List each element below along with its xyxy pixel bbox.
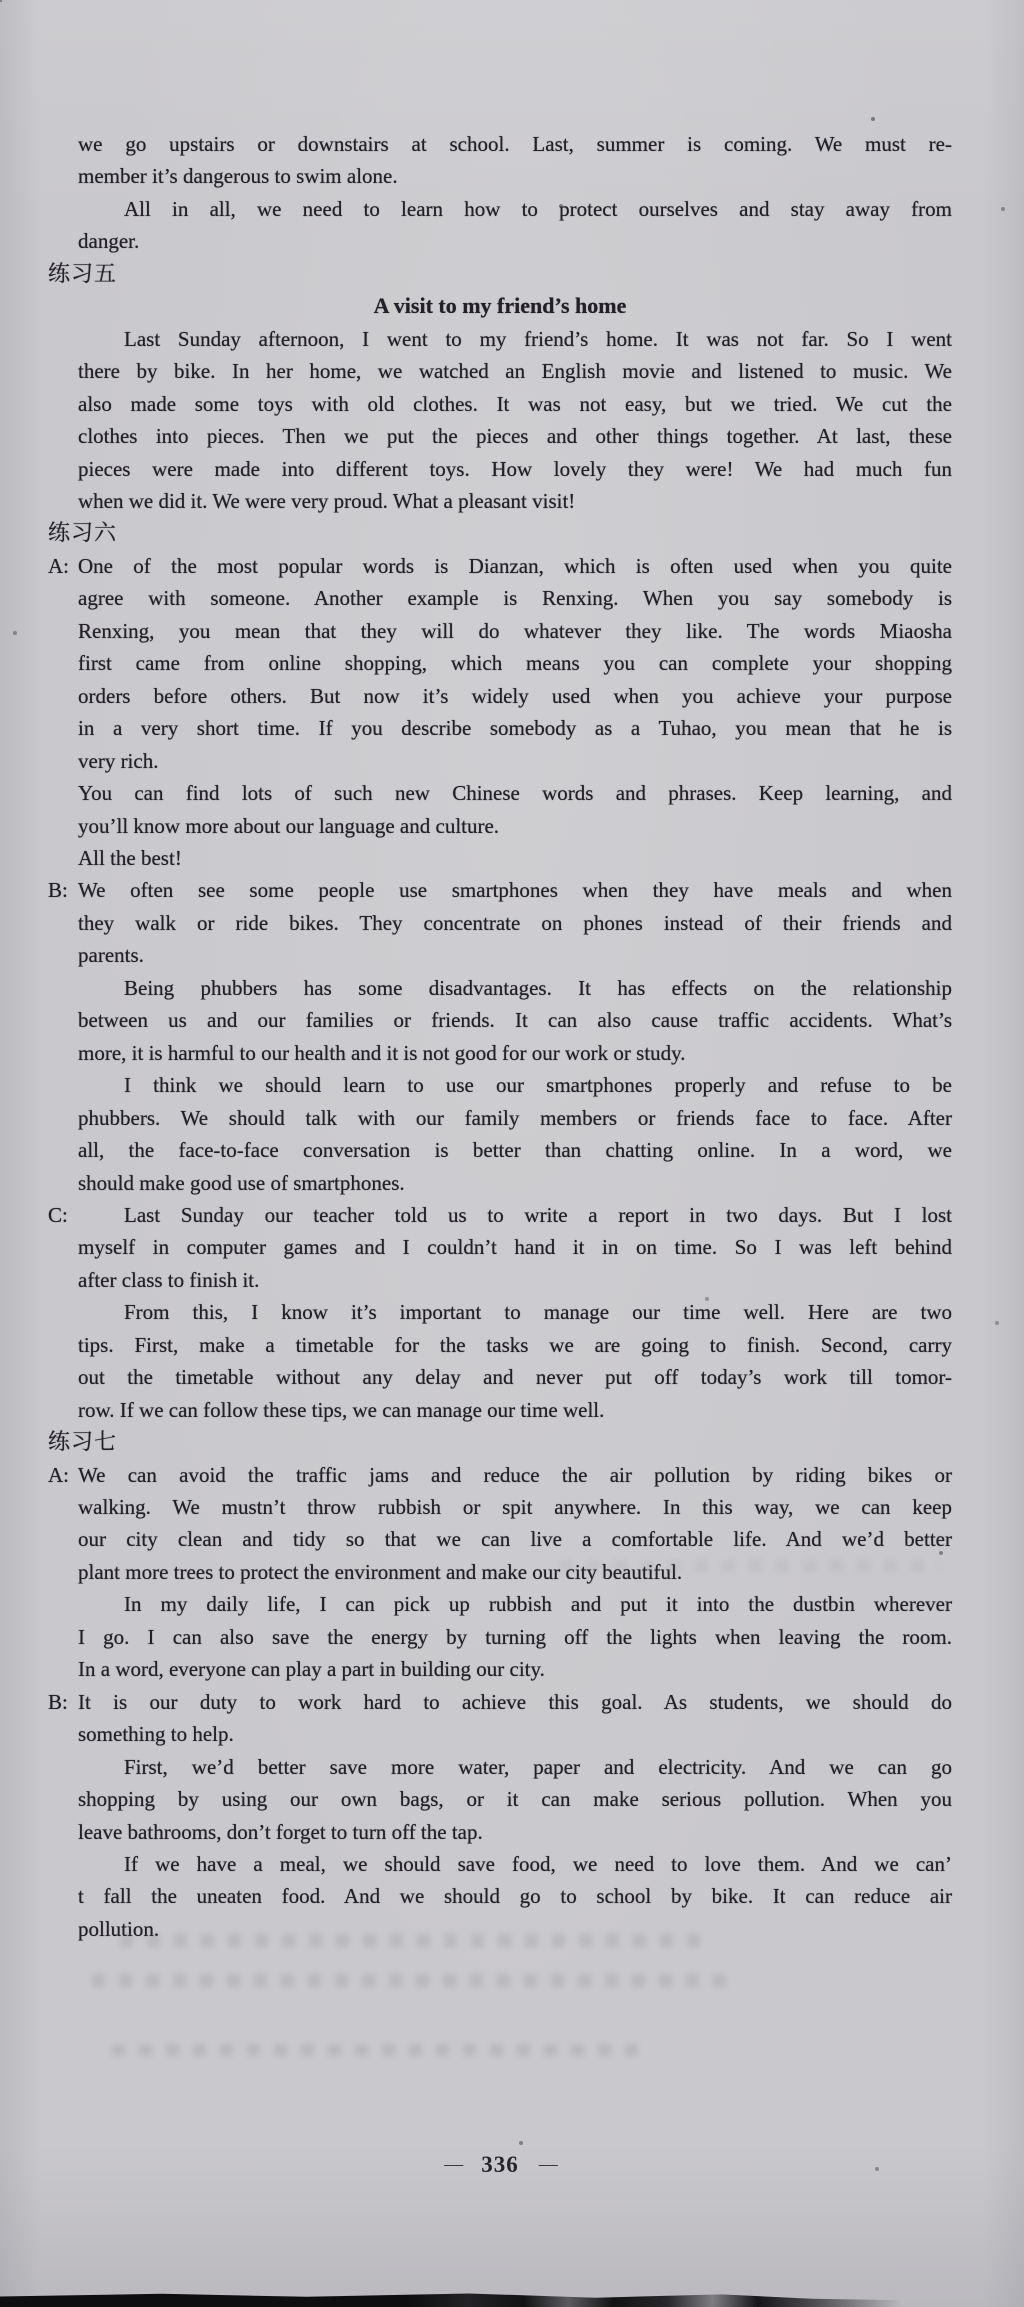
text-line: myself in computer games and I couldn’t … [78, 1231, 952, 1263]
text-line: Last Sunday afternoon, I went to my frie… [78, 323, 952, 355]
text-line: they walk or ride bikes. They concentrat… [78, 907, 952, 939]
item-paragraph: You can find lots of such new Chinese wo… [48, 777, 952, 842]
text-line: in a very short time. If you describe so… [78, 712, 952, 744]
text-line: first came from online shopping, which m… [78, 647, 952, 679]
text-line: t fall the uneaten food. And we should g… [78, 1880, 952, 1912]
text-line: should make good use of smartphones. [78, 1167, 952, 1199]
text-line: we go upstairs or downstairs at school. … [78, 128, 952, 160]
item-letter: C: [48, 1199, 68, 1231]
lettered-item: A:One of the most popular words is Dianz… [48, 550, 952, 875]
text-line: after class to finish it. [78, 1264, 952, 1296]
text-line: something to help. [78, 1718, 952, 1750]
scanned-page: we go upstairs or downstairs at school. … [0, 0, 1024, 2307]
section-label: 练习六 [48, 517, 952, 549]
text-line: All in all, we need to learn how to prot… [78, 193, 952, 225]
item-paragraph: In my daily life, I can pick up rubbish … [48, 1588, 952, 1685]
section-label: 练习五 [48, 258, 952, 290]
text-line: also made some toys with old clothes. It… [78, 388, 952, 420]
text-line: If we have a meal, we should save food, … [78, 1848, 952, 1880]
page-number: — 336 — [48, 2152, 952, 2178]
item-paragraph: I think we should learn to use our smart… [48, 1069, 952, 1199]
text-line: pollution. [78, 1913, 952, 1945]
item-paragraph: We can avoid the traffic jams and reduce… [48, 1459, 952, 1589]
paragraph: Last Sunday afternoon, I went to my frie… [48, 323, 952, 518]
item-paragraph: It is our duty to work hard to achieve t… [48, 1686, 952, 1751]
text-line: row. If we can follow these tips, we can… [78, 1394, 952, 1426]
essay-title: A visit to my friend’s home [48, 290, 952, 322]
text-line: I go. I can also save the energy by turn… [78, 1621, 952, 1653]
text-line: We often see some people use smartphones… [78, 874, 952, 906]
text-line: First, we’d better save more water, pape… [78, 1751, 952, 1783]
text-line: out the timetable without any delay and … [78, 1361, 952, 1393]
text-line: very rich. [78, 745, 952, 777]
bleed-through-artifact [112, 2044, 642, 2056]
item-paragraph: If we have a meal, we should save food, … [48, 1848, 952, 1945]
page-body: we go upstairs or downstairs at school. … [48, 0, 952, 1945]
lettered-item: A:We can avoid the traffic jams and redu… [48, 1459, 952, 1686]
lettered-item: C:Last Sunday our teacher told us to wri… [48, 1199, 952, 1426]
text-line: our city clean and tidy so that we can l… [78, 1523, 952, 1555]
text-line: One of the most popular words is Dianzan… [78, 550, 952, 582]
item-paragraph: One of the most popular words is Dianzan… [48, 550, 952, 777]
text-line: You can find lots of such new Chinese wo… [78, 777, 952, 809]
text-line: pieces were made into different toys. Ho… [78, 453, 952, 485]
text-line: phubbers. We should talk with our family… [78, 1102, 952, 1134]
scan-edge-artifact [0, 2292, 902, 2307]
lettered-item: B:It is our duty to work hard to achieve… [48, 1686, 952, 1946]
page-number-value: 336 [481, 2152, 519, 2178]
paragraph: All in all, we need to learn how to prot… [48, 193, 952, 258]
text-line: walking. We mustn’t throw rubbish or spi… [78, 1491, 952, 1523]
bleed-through-artifact [92, 1974, 732, 1987]
item-letter: A: [48, 1459, 69, 1491]
lettered-item: B:We often see some people use smartphon… [48, 874, 952, 1199]
text-line: clothes into pieces. Then we put the pie… [78, 420, 952, 452]
text-line: In my daily life, I can pick up rubbish … [78, 1588, 952, 1620]
text-line: between us and our families or friends. … [78, 1004, 952, 1036]
text-line: In a word, everyone can play a part in b… [78, 1653, 952, 1685]
text-line: From this, I know it’s important to mana… [78, 1296, 952, 1328]
item-paragraph: First, we’d better save more water, pape… [48, 1751, 952, 1848]
text-line: when we did it. We were very proud. What… [78, 485, 952, 517]
item-letter: B: [48, 874, 68, 906]
text-line: parents. [78, 939, 952, 971]
item-paragraph: Being phubbers has some disadvantages. I… [48, 972, 952, 1069]
item-paragraph: We often see some people use smartphones… [48, 874, 952, 971]
text-line: member it’s dangerous to swim alone. [78, 160, 952, 192]
text-line: plant more trees to protect the environm… [78, 1556, 952, 1588]
item-paragraph: All the best! [48, 842, 952, 874]
text-line: danger. [78, 225, 952, 257]
text-line: Last Sunday our teacher told us to write… [78, 1199, 952, 1231]
text-line: It is our duty to work hard to achieve t… [78, 1686, 952, 1718]
text-line: Being phubbers has some disadvantages. I… [78, 972, 952, 1004]
paragraph: we go upstairs or downstairs at school. … [48, 128, 952, 193]
text-line: leave bathrooms, don’t forget to turn of… [78, 1816, 952, 1848]
text-line: shopping by using our own bags, or it ca… [78, 1783, 952, 1815]
text-line: agree with someone. Another example is R… [78, 582, 952, 614]
text-line: orders before others. But now it’s widel… [78, 680, 952, 712]
text-line: there by bike. In her home, we watched a… [78, 355, 952, 387]
item-letter: B: [48, 1686, 68, 1718]
text-line: you’ll know more about our language and … [78, 810, 952, 842]
item-paragraph: From this, I know it’s important to mana… [48, 1296, 952, 1426]
text-line: all, the face-to-face conversation is be… [78, 1134, 952, 1166]
scan-speck-artifacts [0, 0, 2, 2]
text-line: more, it is harmful to our health and it… [78, 1037, 952, 1069]
page-number-dash-right: — [539, 2154, 556, 2176]
section-label: 练习七 [48, 1426, 952, 1458]
text-line: All the best! [78, 842, 952, 874]
text-line: Renxing, you mean that they will do what… [78, 615, 952, 647]
text-line: We can avoid the traffic jams and reduce… [78, 1459, 952, 1491]
text-line: I think we should learn to use our smart… [78, 1069, 952, 1101]
text-line: tips. First, make a timetable for the ta… [78, 1329, 952, 1361]
item-letter: A: [48, 550, 69, 582]
item-paragraph: Last Sunday our teacher told us to write… [48, 1199, 952, 1296]
page-number-dash-left: — [444, 2154, 461, 2176]
